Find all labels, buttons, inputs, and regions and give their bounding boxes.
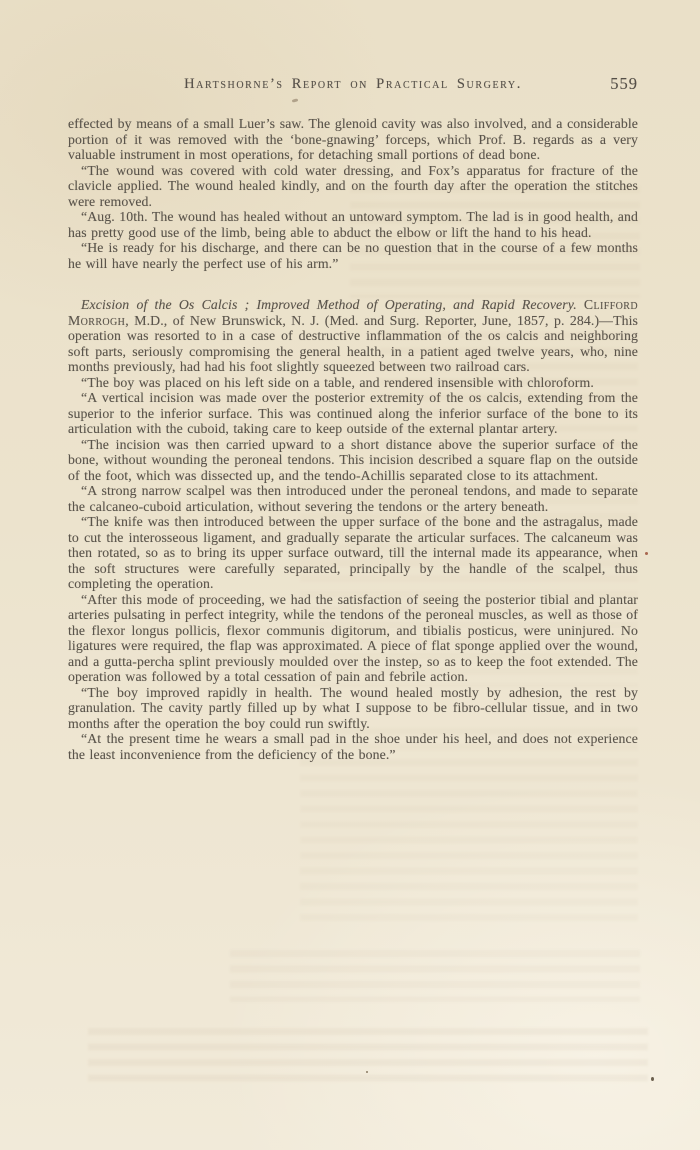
paper-speck	[292, 98, 299, 102]
text-block: effected by means of a small Luer’s saw.…	[68, 116, 638, 762]
running-header-title: Hartshorne’s Report on Practical Surgery…	[68, 76, 638, 93]
body-paragraph: “The boy was placed on his left side on …	[68, 375, 638, 391]
paragraph-continued-case: effected by means of a small Luer’s saw.…	[68, 116, 638, 163]
body-paragraph: “A strong narrow scalpel was then introd…	[68, 483, 638, 514]
body-paragraph: “A vertical incision was made over the p…	[68, 390, 638, 437]
body-paragraph: “After this mode of proceeding, we had t…	[68, 592, 638, 685]
body-paragraph: “The boy improved rapidly in health. The…	[68, 685, 638, 732]
body-paragraph: “The knife was then introduced between t…	[68, 514, 638, 592]
page-bleedthrough-ghost	[88, 1028, 648, 1084]
page-number: 559	[610, 74, 638, 94]
body-paragraph: “The incision was then carried upward to…	[68, 437, 638, 484]
paper-speck	[366, 1071, 368, 1073]
body-paragraph: “The wound was covered with cold water d…	[68, 163, 638, 210]
body-paragraph: “He is ready for his discharge, and ther…	[68, 240, 638, 271]
body-paragraph: “At the present time he wears a small pa…	[68, 731, 638, 762]
running-header: Hartshorne’s Report on Practical Surgery…	[68, 76, 638, 96]
scanned-book-page: Hartshorne’s Report on Practical Surgery…	[0, 0, 700, 1150]
page-bleedthrough-ghost	[230, 950, 640, 1002]
section-title-italic: Excision of the Os Calcis ; Improved Met…	[81, 297, 584, 312]
paper-speck	[651, 1077, 654, 1081]
body-paragraph: “Aug. 10th. The wound has healed without…	[68, 209, 638, 240]
section-author-suffix: , M.D., of New Brunswick, N. J. (Med. an…	[68, 313, 638, 375]
paper-speck	[645, 552, 648, 555]
section-heading-paragraph: Excision of the Os Calcis ; Improved Met…	[68, 297, 638, 375]
